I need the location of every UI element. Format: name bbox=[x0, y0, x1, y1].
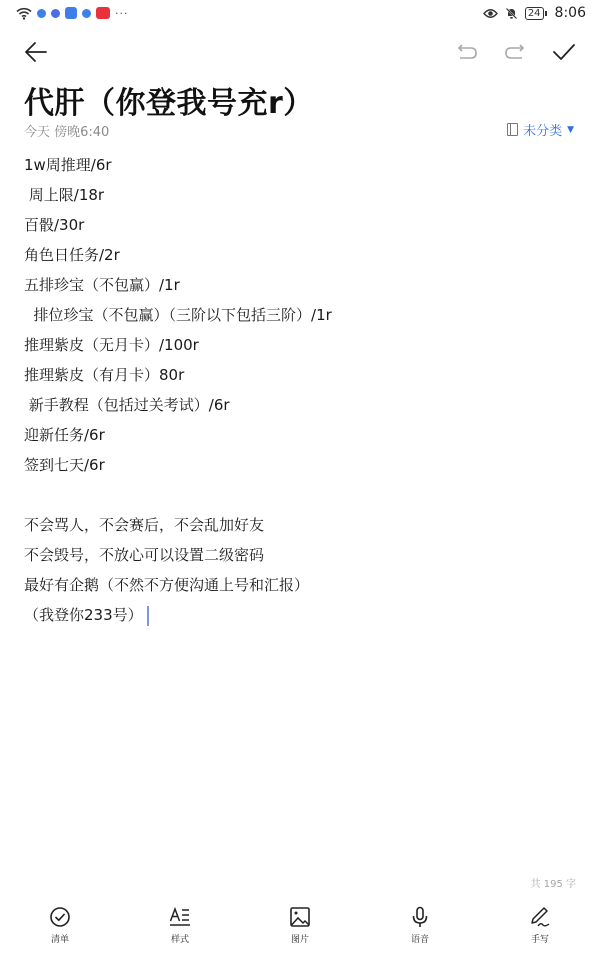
note-line: 不会骂人，不会赛后，不会乱加好友 bbox=[24, 510, 576, 540]
note-line: 角色日任务/2r bbox=[24, 240, 576, 270]
image-icon bbox=[289, 906, 311, 928]
music-app-icon bbox=[51, 9, 60, 18]
mute-bell-icon bbox=[505, 7, 518, 20]
note-line: 排位珍宝（不包赢）（三阶以下包括三阶）/1r bbox=[24, 300, 576, 330]
handwriting-label: 手写 bbox=[531, 932, 549, 945]
note-line-last: （我登你233号） bbox=[24, 600, 576, 630]
note-line: 1w周推理/6r bbox=[24, 150, 576, 180]
note-line-blank bbox=[24, 480, 576, 510]
note-line: 迎新任务/6r bbox=[24, 420, 576, 450]
microphone-icon bbox=[409, 906, 431, 928]
undo-button[interactable] bbox=[452, 38, 482, 66]
done-button[interactable] bbox=[548, 38, 580, 66]
top-bar bbox=[0, 30, 600, 74]
note-line: 周上限/18r bbox=[24, 180, 576, 210]
note-line: 新手教程（包括过关考试）/6r bbox=[24, 390, 576, 420]
redo-button[interactable] bbox=[500, 38, 530, 66]
eye-comfort-icon bbox=[483, 8, 498, 19]
note-line: 推理紫皮（无月卡）/100r bbox=[24, 330, 576, 360]
text-style-icon bbox=[169, 906, 191, 928]
status-bar-right: 24 8:06 bbox=[483, 5, 586, 21]
note-line: 五排珍宝（不包赢）/1r bbox=[24, 270, 576, 300]
pen-icon bbox=[529, 906, 551, 928]
back-button[interactable] bbox=[20, 38, 52, 66]
image-button[interactable]: 图片 bbox=[264, 906, 336, 960]
handwriting-button[interactable]: 手写 bbox=[504, 906, 576, 960]
note-line: 最好有企鹅（不然不方便沟通上号和汇报） bbox=[24, 570, 576, 600]
voice-button[interactable]: 语音 bbox=[384, 906, 456, 960]
text-style-button[interactable]: 样式 bbox=[144, 906, 216, 960]
wifi-icon bbox=[16, 7, 32, 20]
app-notification-icon bbox=[65, 7, 77, 19]
arrow-left-icon bbox=[24, 41, 48, 63]
note-timestamp: 今天 傍晚6:40 bbox=[24, 121, 109, 140]
note-title[interactable]: 代肝（你登我号充r） bbox=[24, 78, 314, 122]
checklist-label: 清单 bbox=[51, 932, 69, 945]
clock: 8:06 bbox=[555, 5, 586, 21]
text-cursor bbox=[147, 606, 149, 626]
app-notification-icon bbox=[37, 9, 46, 18]
category-label: 未分类 bbox=[523, 120, 562, 139]
checklist-button[interactable]: 清单 bbox=[24, 906, 96, 960]
redo-icon bbox=[504, 44, 526, 60]
status-bar: ··· 24 8:06 bbox=[0, 0, 600, 26]
note-line: 推理紫皮（有月卡）80r bbox=[24, 360, 576, 390]
note-line: 签到七天/6r bbox=[24, 450, 576, 480]
character-count: 共 195 字 bbox=[531, 875, 576, 890]
bottom-toolbar: 清单 样式 图片 语音 手写 bbox=[0, 906, 600, 960]
note-body-editor[interactable]: 1w周推理/6r 周上限/18r 百骰/30r 角色日任务/2r 五排珍宝（不包… bbox=[24, 150, 576, 630]
dropdown-caret-icon: ▼ bbox=[567, 125, 574, 135]
note-line-text: （我登你233号） bbox=[24, 606, 143, 624]
battery-indicator: 24 bbox=[525, 7, 544, 20]
note-line: 百骰/30r bbox=[24, 210, 576, 240]
checklist-icon bbox=[49, 906, 71, 928]
undo-icon bbox=[456, 44, 478, 60]
text-style-label: 样式 bbox=[171, 932, 189, 945]
note-line: 不会毁号，不放心可以设置二级密码 bbox=[24, 540, 576, 570]
voice-label: 语音 bbox=[411, 932, 429, 945]
category-selector[interactable]: 未分类 ▼ bbox=[507, 120, 574, 139]
status-bar-left: ··· bbox=[16, 7, 129, 20]
more-notifications-icon: ··· bbox=[115, 7, 129, 20]
notebook-icon bbox=[507, 123, 518, 136]
check-icon bbox=[552, 42, 576, 62]
app-notification-icon bbox=[82, 9, 91, 18]
image-label: 图片 bbox=[291, 932, 309, 945]
red-app-icon bbox=[96, 7, 110, 19]
